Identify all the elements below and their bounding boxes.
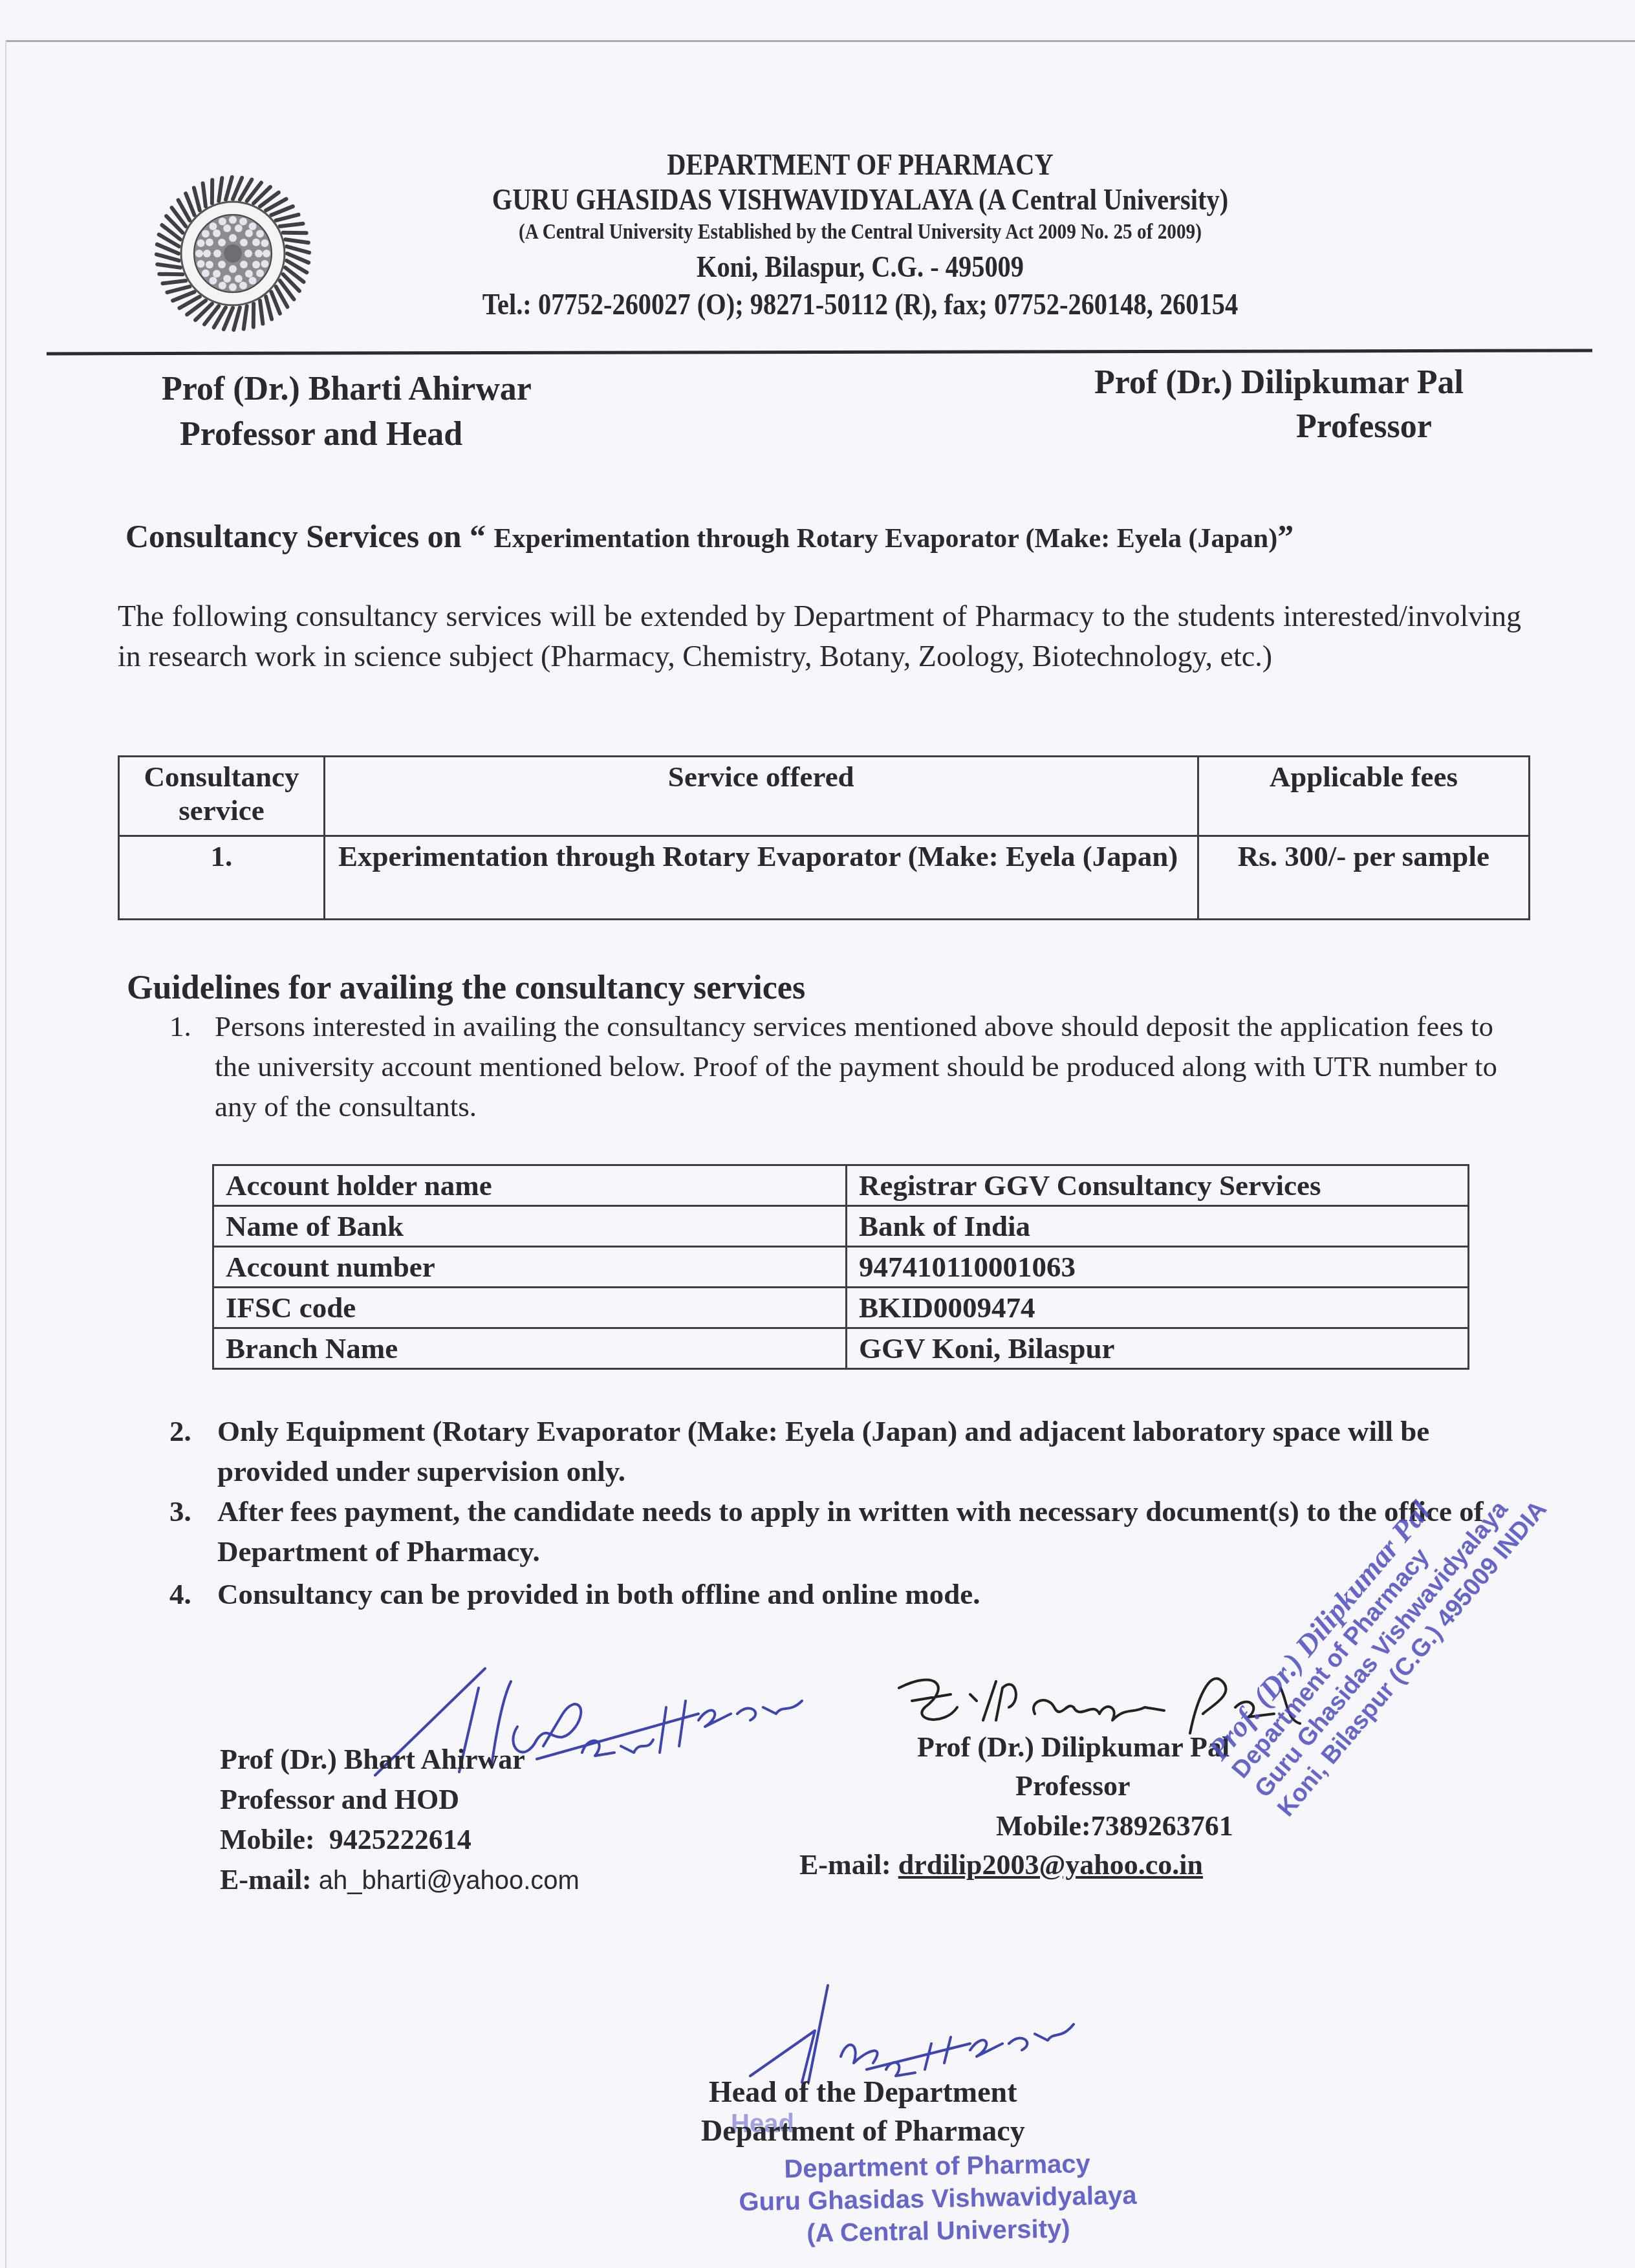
email-link[interactable]: ah_bharti@yahoo.com bbox=[319, 1866, 579, 1895]
bank-field-value: 947410110001063 bbox=[847, 1247, 1469, 1288]
column-header: Service offered bbox=[324, 757, 1198, 836]
column-header: Consultancy service bbox=[119, 757, 325, 836]
bank-details-table: Account holder nameRegistrar GGV Consult… bbox=[212, 1164, 1469, 1370]
signatory-left-email: E-mail: ah_bharti@yahoo.com bbox=[220, 1860, 579, 1901]
table-header-row: Consultancy service Service offered Appl… bbox=[119, 757, 1530, 836]
service-table: Consultancy service Service offered Appl… bbox=[118, 755, 1530, 920]
bank-field-value: Bank of India bbox=[847, 1206, 1469, 1247]
guideline-number: 2. bbox=[169, 1411, 191, 1451]
mobile-number: 9425222614 bbox=[329, 1824, 471, 1855]
service-title-topic: Experimentation through Rotary Evaporato… bbox=[493, 524, 1277, 554]
guideline-item: 2. Only Equipment (Rotary Evaporator (Ma… bbox=[169, 1411, 1528, 1491]
email-label: E-mail: bbox=[220, 1864, 312, 1895]
consultant-left-role: Professor and Head bbox=[180, 415, 462, 453]
signatory-left-mobile: Mobile: 9425222614 bbox=[220, 1820, 579, 1860]
header-divider bbox=[47, 349, 1592, 355]
guideline-item: 1. Persons interested in availing the co… bbox=[169, 1006, 1528, 1127]
consultant-right-name: Prof (Dr.) Dilipkumar Pal bbox=[1094, 363, 1464, 402]
mobile-number: 7389263761 bbox=[1091, 1810, 1233, 1842]
guideline-text: Only Equipment (Rotary Evaporator (Make:… bbox=[217, 1411, 1528, 1491]
service-title: Consultancy Services on “ Experimentatio… bbox=[125, 517, 1294, 555]
guideline-number: 1. bbox=[169, 1006, 191, 1046]
paper-edge bbox=[5, 40, 1635, 42]
contact-numbers: Tel.: 07752-260027 (O); 98271-50112 (R),… bbox=[120, 287, 1600, 322]
university-name: GURU GHASIDAS VISHWAVIDYALAYA (A Central… bbox=[120, 182, 1600, 217]
table-row: Account number947410110001063 bbox=[213, 1247, 1469, 1288]
bank-field-label: Branch Name bbox=[213, 1328, 847, 1369]
paper-edge bbox=[5, 40, 6, 2268]
bank-field-label: IFSC code bbox=[213, 1288, 847, 1328]
address: Koni, Bilaspur, C.G. - 495009 bbox=[120, 250, 1600, 285]
table-row: Account holder nameRegistrar GGV Consult… bbox=[213, 1165, 1469, 1206]
department-heading: DEPARTMENT OF PHARMACY bbox=[120, 147, 1600, 182]
hod-title: Head of the Department bbox=[709, 2075, 1017, 2109]
table-cell: 1. bbox=[119, 836, 325, 920]
signatory-right-name: Prof (Dr.) Dilipkumar Pal bbox=[917, 1731, 1229, 1764]
guideline-text: After fees payment, the candidate needs … bbox=[217, 1491, 1528, 1571]
mobile-label: Mobile: bbox=[220, 1824, 315, 1855]
guideline-text: Persons interested in availing the consu… bbox=[215, 1006, 1528, 1127]
guideline-number: 4. bbox=[169, 1574, 191, 1614]
bank-field-label: Account holder name bbox=[213, 1165, 847, 1206]
guidelines-heading: Guidelines for availing the consultancy … bbox=[127, 969, 805, 1007]
bank-field-value: BKID0009474 bbox=[847, 1288, 1469, 1328]
intro-paragraph: The following consultancy services will … bbox=[118, 596, 1521, 676]
signature-hod bbox=[737, 1972, 1190, 2089]
table-row: Name of BankBank of India bbox=[213, 1206, 1469, 1247]
consultant-left-name: Prof (Dr.) Bharti Ahirwar bbox=[162, 370, 532, 408]
bank-field-value: Registrar GGV Consultancy Services bbox=[847, 1165, 1469, 1206]
signatory-left: Prof (Dr.) Bhart Ahirwar Professor and H… bbox=[220, 1740, 579, 1901]
signatory-left-role: Professor and HOD bbox=[220, 1780, 579, 1820]
close-quote: ” bbox=[1277, 518, 1294, 554]
consultant-right-role: Professor bbox=[1296, 407, 1432, 446]
signatory-right-role: Professor bbox=[1015, 1769, 1131, 1802]
table-row: Branch NameGGV Koni, Bilaspur bbox=[213, 1328, 1469, 1369]
mobile-label: Mobile: bbox=[996, 1810, 1091, 1842]
signatory-right-mobile: Mobile:7389263761 bbox=[996, 1809, 1233, 1842]
table-cell: Experimentation through Rotary Evaporato… bbox=[324, 836, 1198, 920]
guideline-item: 3. After fees payment, the candidate nee… bbox=[169, 1491, 1528, 1571]
stamp-department: Department of Pharmacy Guru Ghasidas Vis… bbox=[646, 2145, 1229, 2252]
table-row: IFSC codeBKID0009474 bbox=[213, 1288, 1469, 1328]
bank-field-label: Account number bbox=[213, 1247, 847, 1288]
signatory-right-email: E-mail: drdilip2003@yahoo.co.in bbox=[799, 1848, 1203, 1881]
hod-department: Department of Pharmacy bbox=[701, 2113, 1025, 2148]
establishment-note: (A Central University Established by the… bbox=[120, 220, 1600, 244]
column-header: Applicable fees bbox=[1198, 757, 1529, 836]
table-row: 1. Experimentation through Rotary Evapor… bbox=[119, 836, 1530, 920]
signatory-left-name: Prof (Dr.) Bhart Ahirwar bbox=[220, 1740, 579, 1780]
email-link[interactable]: drdilip2003@yahoo.co.in bbox=[898, 1849, 1203, 1881]
guideline-number: 3. bbox=[169, 1491, 191, 1531]
open-quote: “ bbox=[470, 518, 486, 554]
bank-field-value: GGV Koni, Bilaspur bbox=[847, 1328, 1469, 1369]
service-title-prefix: Consultancy Services on bbox=[125, 518, 461, 554]
table-cell: Rs. 300/- per sample bbox=[1198, 836, 1529, 920]
email-label: E-mail: bbox=[799, 1849, 891, 1881]
bank-field-label: Name of Bank bbox=[213, 1206, 847, 1247]
